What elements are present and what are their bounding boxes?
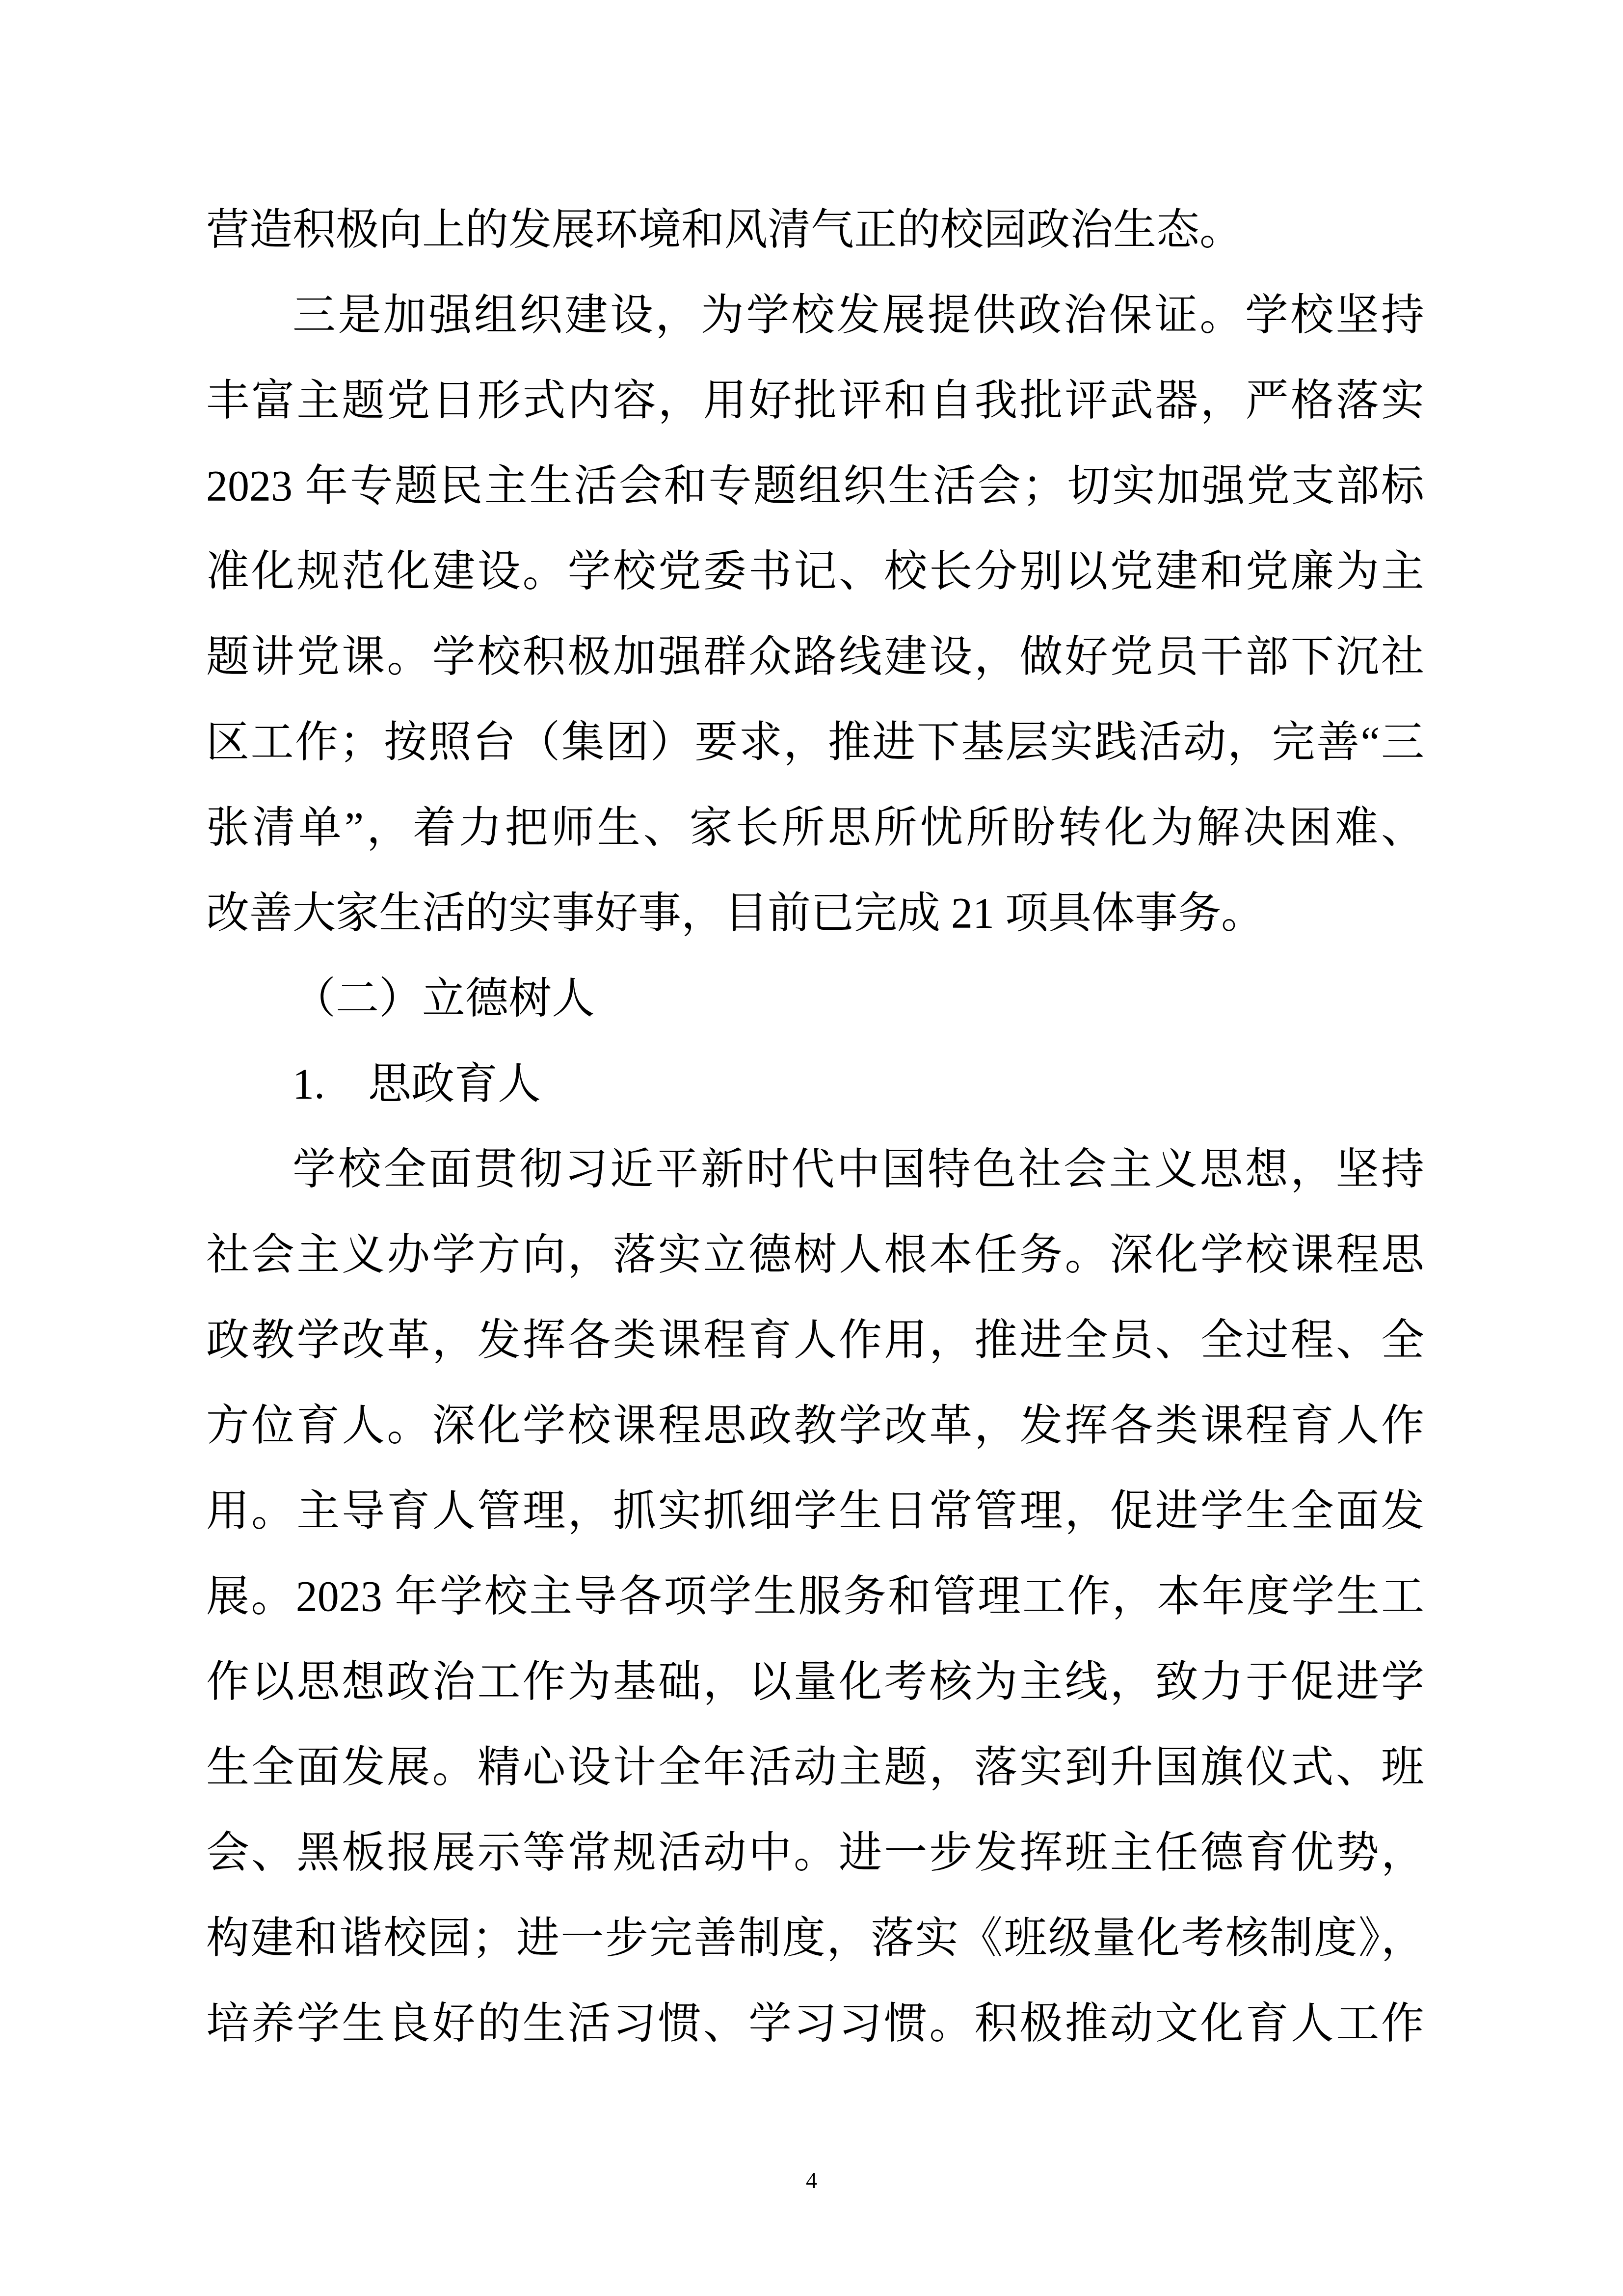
text-line: 学校全面贯彻习近平新时代中国特色社会主义思想，坚持	[206, 1127, 1424, 1213]
document-body: 营造积极向上的发展环境和风清气正的校园政治生态。 三是加强组织建设，为学校发展提…	[206, 188, 1424, 2067]
subsection-heading: 1. 思政育人	[206, 1042, 1424, 1127]
text-line: 构建和谐校园；进一步完善制度，落实《班级量化考核制度》，	[206, 1896, 1424, 1981]
text-line: 作以思想政治工作为基础，以量化考核为主线，致力于促进学	[206, 1640, 1424, 1725]
text-line: 题讲党课。学校积极加强群众路线建设，做好党员干部下沉社	[206, 615, 1424, 700]
document-page: 营造积极向上的发展环境和风清气正的校园政治生态。 三是加强组织建设，为学校发展提…	[0, 0, 1623, 2296]
text-line: 区工作；按照台（集团）要求，推进下基层实践活动，完善“三	[206, 700, 1424, 785]
text-line: 准化规范化建设。学校党委书记、校长分别以党建和党廉为主	[206, 529, 1424, 615]
text-line: 培养学生良好的生活习惯、学习习惯。积极推动文化育人工作	[206, 1981, 1424, 2067]
page-number: 4	[0, 2167, 1623, 2194]
text-line: 生全面发展。精心设计全年活动主题，落实到升国旗仪式、班	[206, 1725, 1424, 1810]
text-line: 三是加强组织建设，为学校发展提供政治保证。学校坚持	[206, 273, 1424, 358]
text-line: 政教学改革，发挥各类课程育人作用，推进全员、全过程、全	[206, 1298, 1424, 1383]
section-heading: （二）立德树人	[206, 956, 1424, 1042]
text-line: 丰富主题党日形式内容，用好批评和自我批评武器，严格落实	[206, 358, 1424, 444]
text-line: 改善大家生活的实事好事，目前已完成 21 项具体事务。	[206, 871, 1424, 956]
text-line: 用。主导育人管理，抓实抓细学生日常管理，促进学生全面发	[206, 1469, 1424, 1554]
text-line: 营造积极向上的发展环境和风清气正的校园政治生态。	[206, 188, 1424, 273]
text-line: 张清单”，着力把师生、家长所思所忧所盼转化为解决困难、	[206, 785, 1424, 871]
text-line: 展。2023 年学校主导各项学生服务和管理工作，本年度学生工	[206, 1554, 1424, 1640]
text-line: 社会主义办学方向，落实立德树人根本任务。深化学校课程思	[206, 1213, 1424, 1298]
text-line: 会、黑板报展示等常规活动中。进一步发挥班主任德育优势，	[206, 1810, 1424, 1896]
text-line: 2023 年专题民主生活会和专题组织生活会；切实加强党支部标	[206, 444, 1424, 529]
text-line: 方位育人。深化学校课程思政教学改革，发挥各类课程育人作	[206, 1383, 1424, 1469]
